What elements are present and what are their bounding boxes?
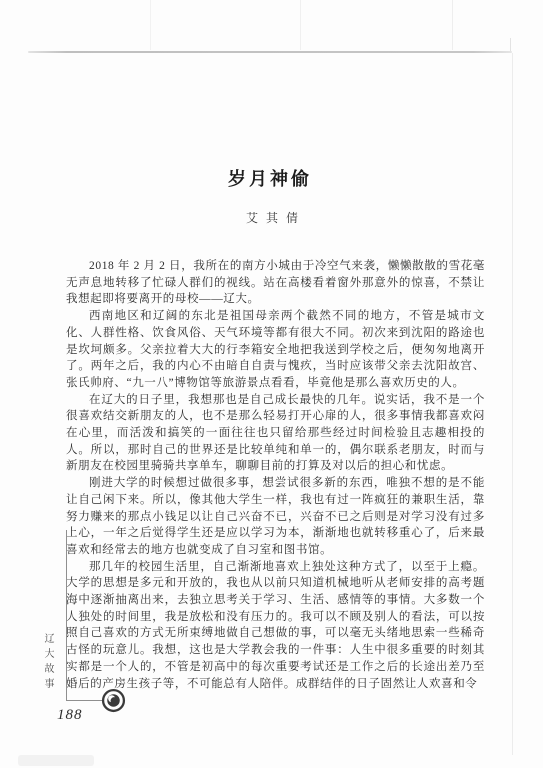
series-title-vertical: 辽大故事 (40, 633, 55, 699)
body-paragraph: 2018 年 2 月 2 日，我所在的南方小城由于冷空气来袭，懒懒散散的雪花毫无… (66, 258, 485, 308)
page-right-edge (512, 53, 513, 755)
author-name: 艾其倩 (0, 209, 543, 226)
body-paragraph: 那几年的校园生活里，自己渐渐地喜欢上独处这种方式了，以至于上瘾。大学的思想是多元… (66, 559, 485, 693)
crescent-circle-logo-icon (101, 688, 126, 713)
page-title: 岁月神偷 (0, 165, 540, 191)
page-corner-shadow (18, 755, 94, 766)
article-body: 2018 年 2 月 2 日，我所在的南方小城由于冷空气来袭，懒懒散散的雪花毫无… (66, 258, 485, 692)
scan-artifact-line (300, 0, 301, 50)
margin-rule-horizontal (66, 700, 103, 701)
margin-rule-vertical (66, 530, 67, 701)
page-top-edge (28, 51, 512, 53)
scan-artifact-line (150, 0, 151, 50)
body-paragraph: 刚进大学的时候想过做很多事，想尝试很多新的东西，唯独不想的是不能让自己闲下来。所… (66, 475, 485, 559)
page-number: 188 (57, 707, 83, 724)
body-paragraph: 西南地区和辽阔的东北是祖国母亲两个截然不同的地方，不管是城市文化、人群性格、饮食… (66, 308, 485, 392)
scan-artifact-line (510, 38, 511, 52)
scan-artifact-line (452, 0, 453, 50)
body-paragraph: 在辽大的日子里，我想那也是自己成长最快的几年。说实话，我不是一个很喜欢结交新朋友… (66, 392, 485, 476)
